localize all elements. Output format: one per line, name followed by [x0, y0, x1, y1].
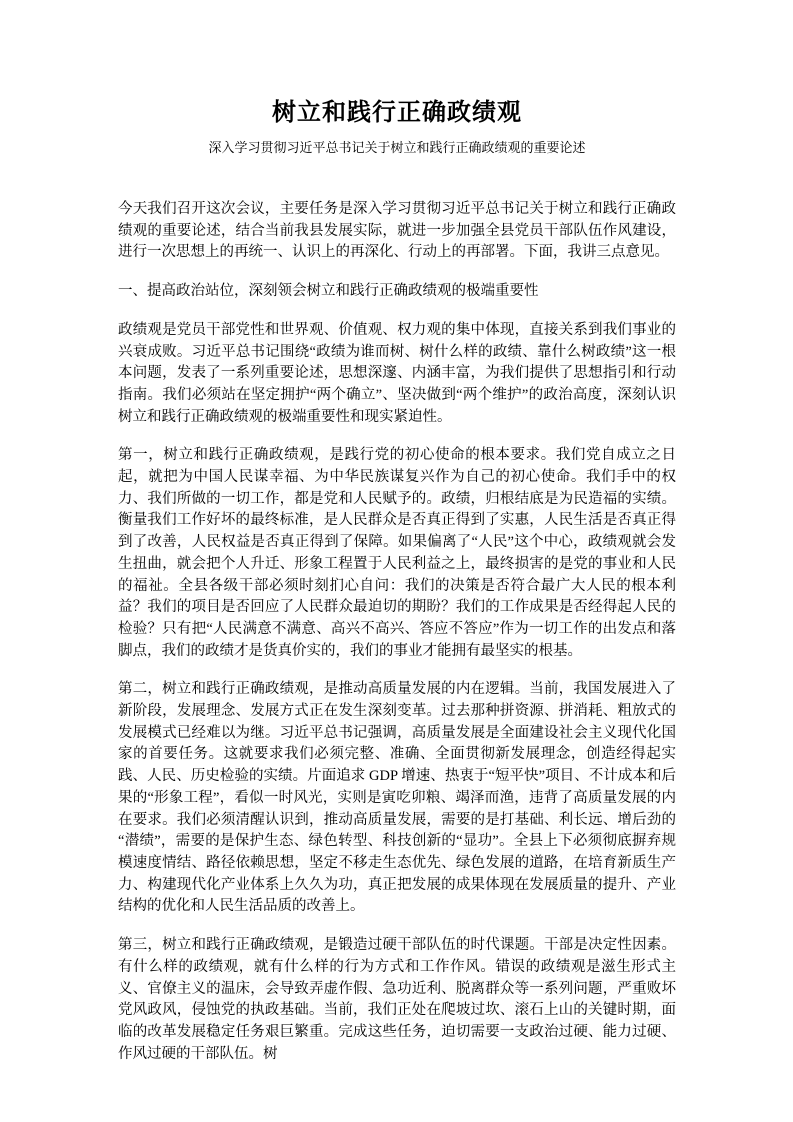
document-content: 树立和践行正确政绩观 深入学习贯彻习近平总书记关于树立和践行正确政绩观的重要论述…	[118, 97, 676, 1082]
document-page: 树立和践行正确政绩观 深入学习贯彻习近平总书记关于树立和践行正确政绩观的重要论述…	[0, 0, 793, 1122]
paragraph-point-1: 第一，树立和践行正确政绩观，是践行党的初心使命的根本要求。我们党自成立之日起，就…	[118, 445, 676, 662]
intro-paragraph: 今天我们召开这次会议，主要任务是深入学习贯彻习近平总书记关于树立和践行正确政绩观…	[118, 199, 676, 264]
paragraph-point-3: 第三，树立和践行正确政绩观，是锻造过硬干部队伍的时代课题。干部是决定性因素。有什…	[118, 935, 676, 1065]
document-subtitle: 深入学习贯彻习近平总书记关于树立和践行正确政绩观的重要论述	[118, 139, 676, 157]
paragraph-overview: 政绩观是党员干部党性和世界观、价值观、权力观的集中体现，直接关系到我们事业的兴衰…	[118, 320, 676, 429]
paragraph-point-2: 第二，树立和践行正确政绩观，是推动高质量发展的内在逻辑。当前，我国发展进入了新阶…	[118, 679, 676, 918]
document-title: 树立和践行正确政绩观	[118, 97, 676, 129]
section-1-heading: 一、提高政治站位，深刻领会树立和践行正确政绩观的极端重要性	[118, 281, 676, 303]
